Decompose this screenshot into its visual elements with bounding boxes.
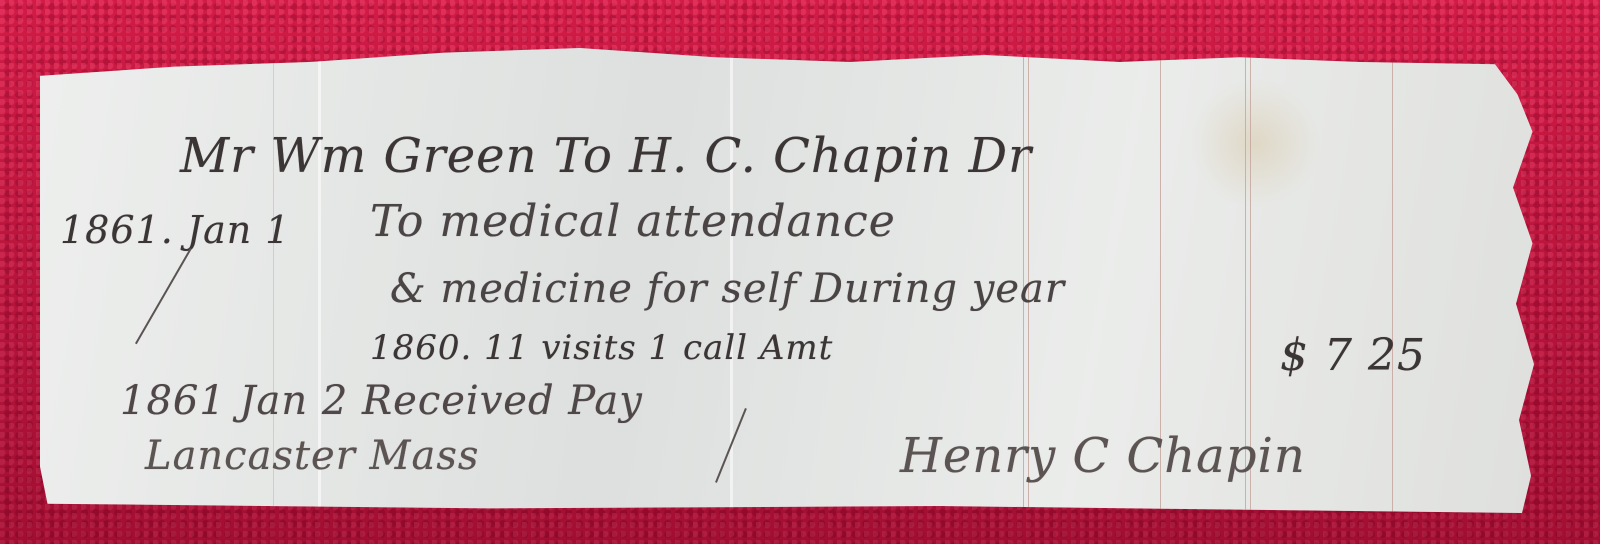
entry-description-line2: & medicine for self During year bbox=[390, 266, 1065, 312]
date-flourish bbox=[135, 248, 191, 344]
age-stain bbox=[1190, 78, 1320, 208]
entry-amount: $ 7 25 bbox=[1280, 330, 1426, 381]
entry-description-line1: To medical attendance bbox=[370, 196, 896, 247]
receipt-place: Lancaster Mass bbox=[145, 433, 479, 479]
entry-description-line3: 1860. 11 visits 1 call Amt bbox=[370, 328, 833, 368]
signature: Henry C Chapin bbox=[900, 428, 1306, 484]
ledger-rule-right bbox=[1392, 48, 1393, 513]
entry-date: 1861. Jan 1 bbox=[60, 208, 290, 252]
receipt-paper: Mr Wm Green To H. C. Chapin Dr 1861. Jan… bbox=[40, 48, 1540, 513]
receipt-date-line: 1861 Jan 2 Received Pay bbox=[120, 378, 643, 424]
header-line: Mr Wm Green To H. C. Chapin Dr bbox=[180, 128, 1032, 184]
